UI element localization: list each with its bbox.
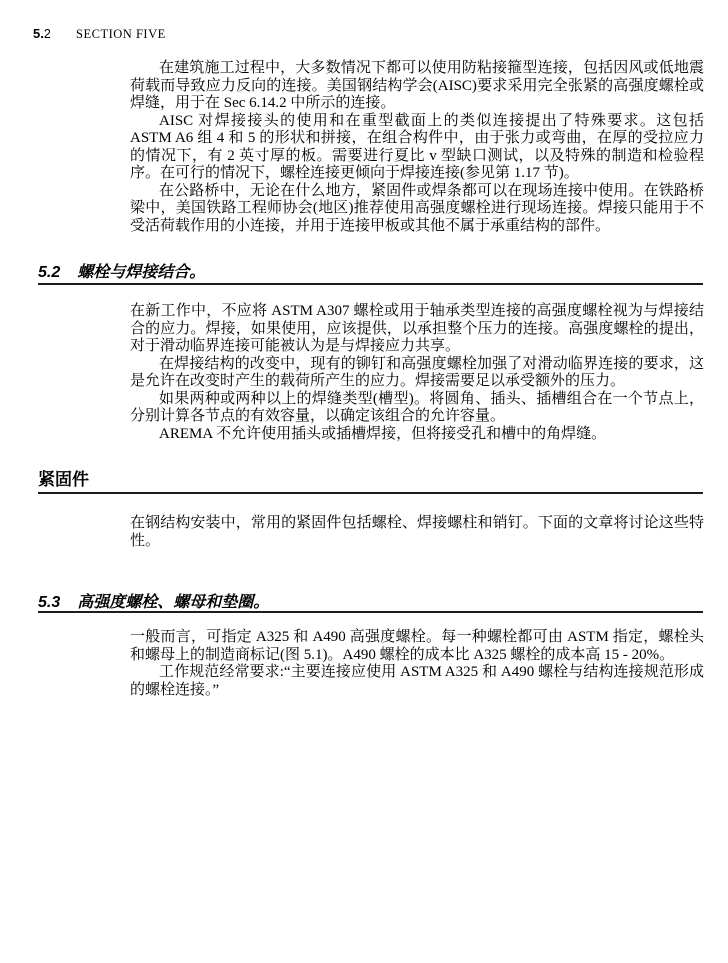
heading-rule xyxy=(38,283,703,285)
section-5-2-text-block: 在新工作中，不应将 ASTM A307 螺栓或用于轴承类型连接的高强度螺栓视为与… xyxy=(130,303,704,443)
section-5-3-text-block: 一般而言，可指定 A325 和 A490 高强度螺栓。每一种螺栓都可由 ASTM… xyxy=(130,629,704,699)
page-header: 5.2 SECTION FIVE xyxy=(33,26,166,42)
section-number: 5.3 xyxy=(38,594,60,612)
paragraph: 在公路桥中，无论在什么地方，紧固件或焊条都可以在现场连接中使用。在铁路桥梁中，美… xyxy=(130,183,704,236)
intro-text-block: 在建筑施工过程中，大多数情况下都可以使用防粘接箍型连接，包括因风或低地震荷载而导… xyxy=(130,60,704,235)
heading-rule xyxy=(38,492,703,494)
paragraph: 在新工作中，不应将 ASTM A307 螺栓或用于轴承类型连接的高强度螺栓视为与… xyxy=(130,303,704,356)
heading-rule xyxy=(38,611,703,613)
paragraph: AREMA 不允许使用插头或插槽焊接，但将接受孔和槽中的角焊缝。 xyxy=(130,426,704,444)
section-5-3-heading: 5.3高强度螺栓、螺母和垫圈。 xyxy=(38,589,269,612)
fasteners-heading: 紧固件 xyxy=(38,465,89,490)
running-title: SECTION FIVE xyxy=(76,27,166,41)
paragraph: 工作规范经常要求:“主要连接应使用 ASTM A325 和 A490 螺栓与结构… xyxy=(130,664,704,699)
section-title: 高强度螺栓、螺母和垫圈。 xyxy=(77,594,269,611)
section-5-2-heading: 5.2螺栓与焊接结合。 xyxy=(38,259,205,282)
document-page: 5.2 SECTION FIVE 在建筑施工过程中，大多数情况下都可以使用防粘接… xyxy=(0,0,728,963)
page-folio-page: 2 xyxy=(44,27,51,41)
page-folio-chapter: 5. xyxy=(33,26,44,41)
paragraph: 在焊接结构的改变中，现有的铆钉和高强度螺栓加强了对滑动临界连接的要求，这是允许在… xyxy=(130,356,704,391)
section-number: 5.2 xyxy=(38,264,60,282)
paragraph: 在建筑施工过程中，大多数情况下都可以使用防粘接箍型连接，包括因风或低地震荷载而导… xyxy=(130,60,704,113)
paragraph: 如果两种或两种以上的焊缝类型(槽型)。将圆角、插头、插槽组合在一个节点上，分别计… xyxy=(130,391,704,426)
section-title: 螺栓与焊接结合。 xyxy=(77,264,205,281)
paragraph: 在钢结构安装中，常用的紧固件包括螺栓、焊接螺柱和销钉。下面的文章将讨论这些特性。 xyxy=(130,515,704,550)
fasteners-text-block: 在钢结构安装中，常用的紧固件包括螺栓、焊接螺柱和销钉。下面的文章将讨论这些特性。 xyxy=(130,515,704,550)
paragraph: 一般而言，可指定 A325 和 A490 高强度螺栓。每一种螺栓都可由 ASTM… xyxy=(130,629,704,664)
paragraph: AISC 对焊接接头的使用和在重型截面上的类似连接提出了特殊要求。这包括 AST… xyxy=(130,113,704,183)
